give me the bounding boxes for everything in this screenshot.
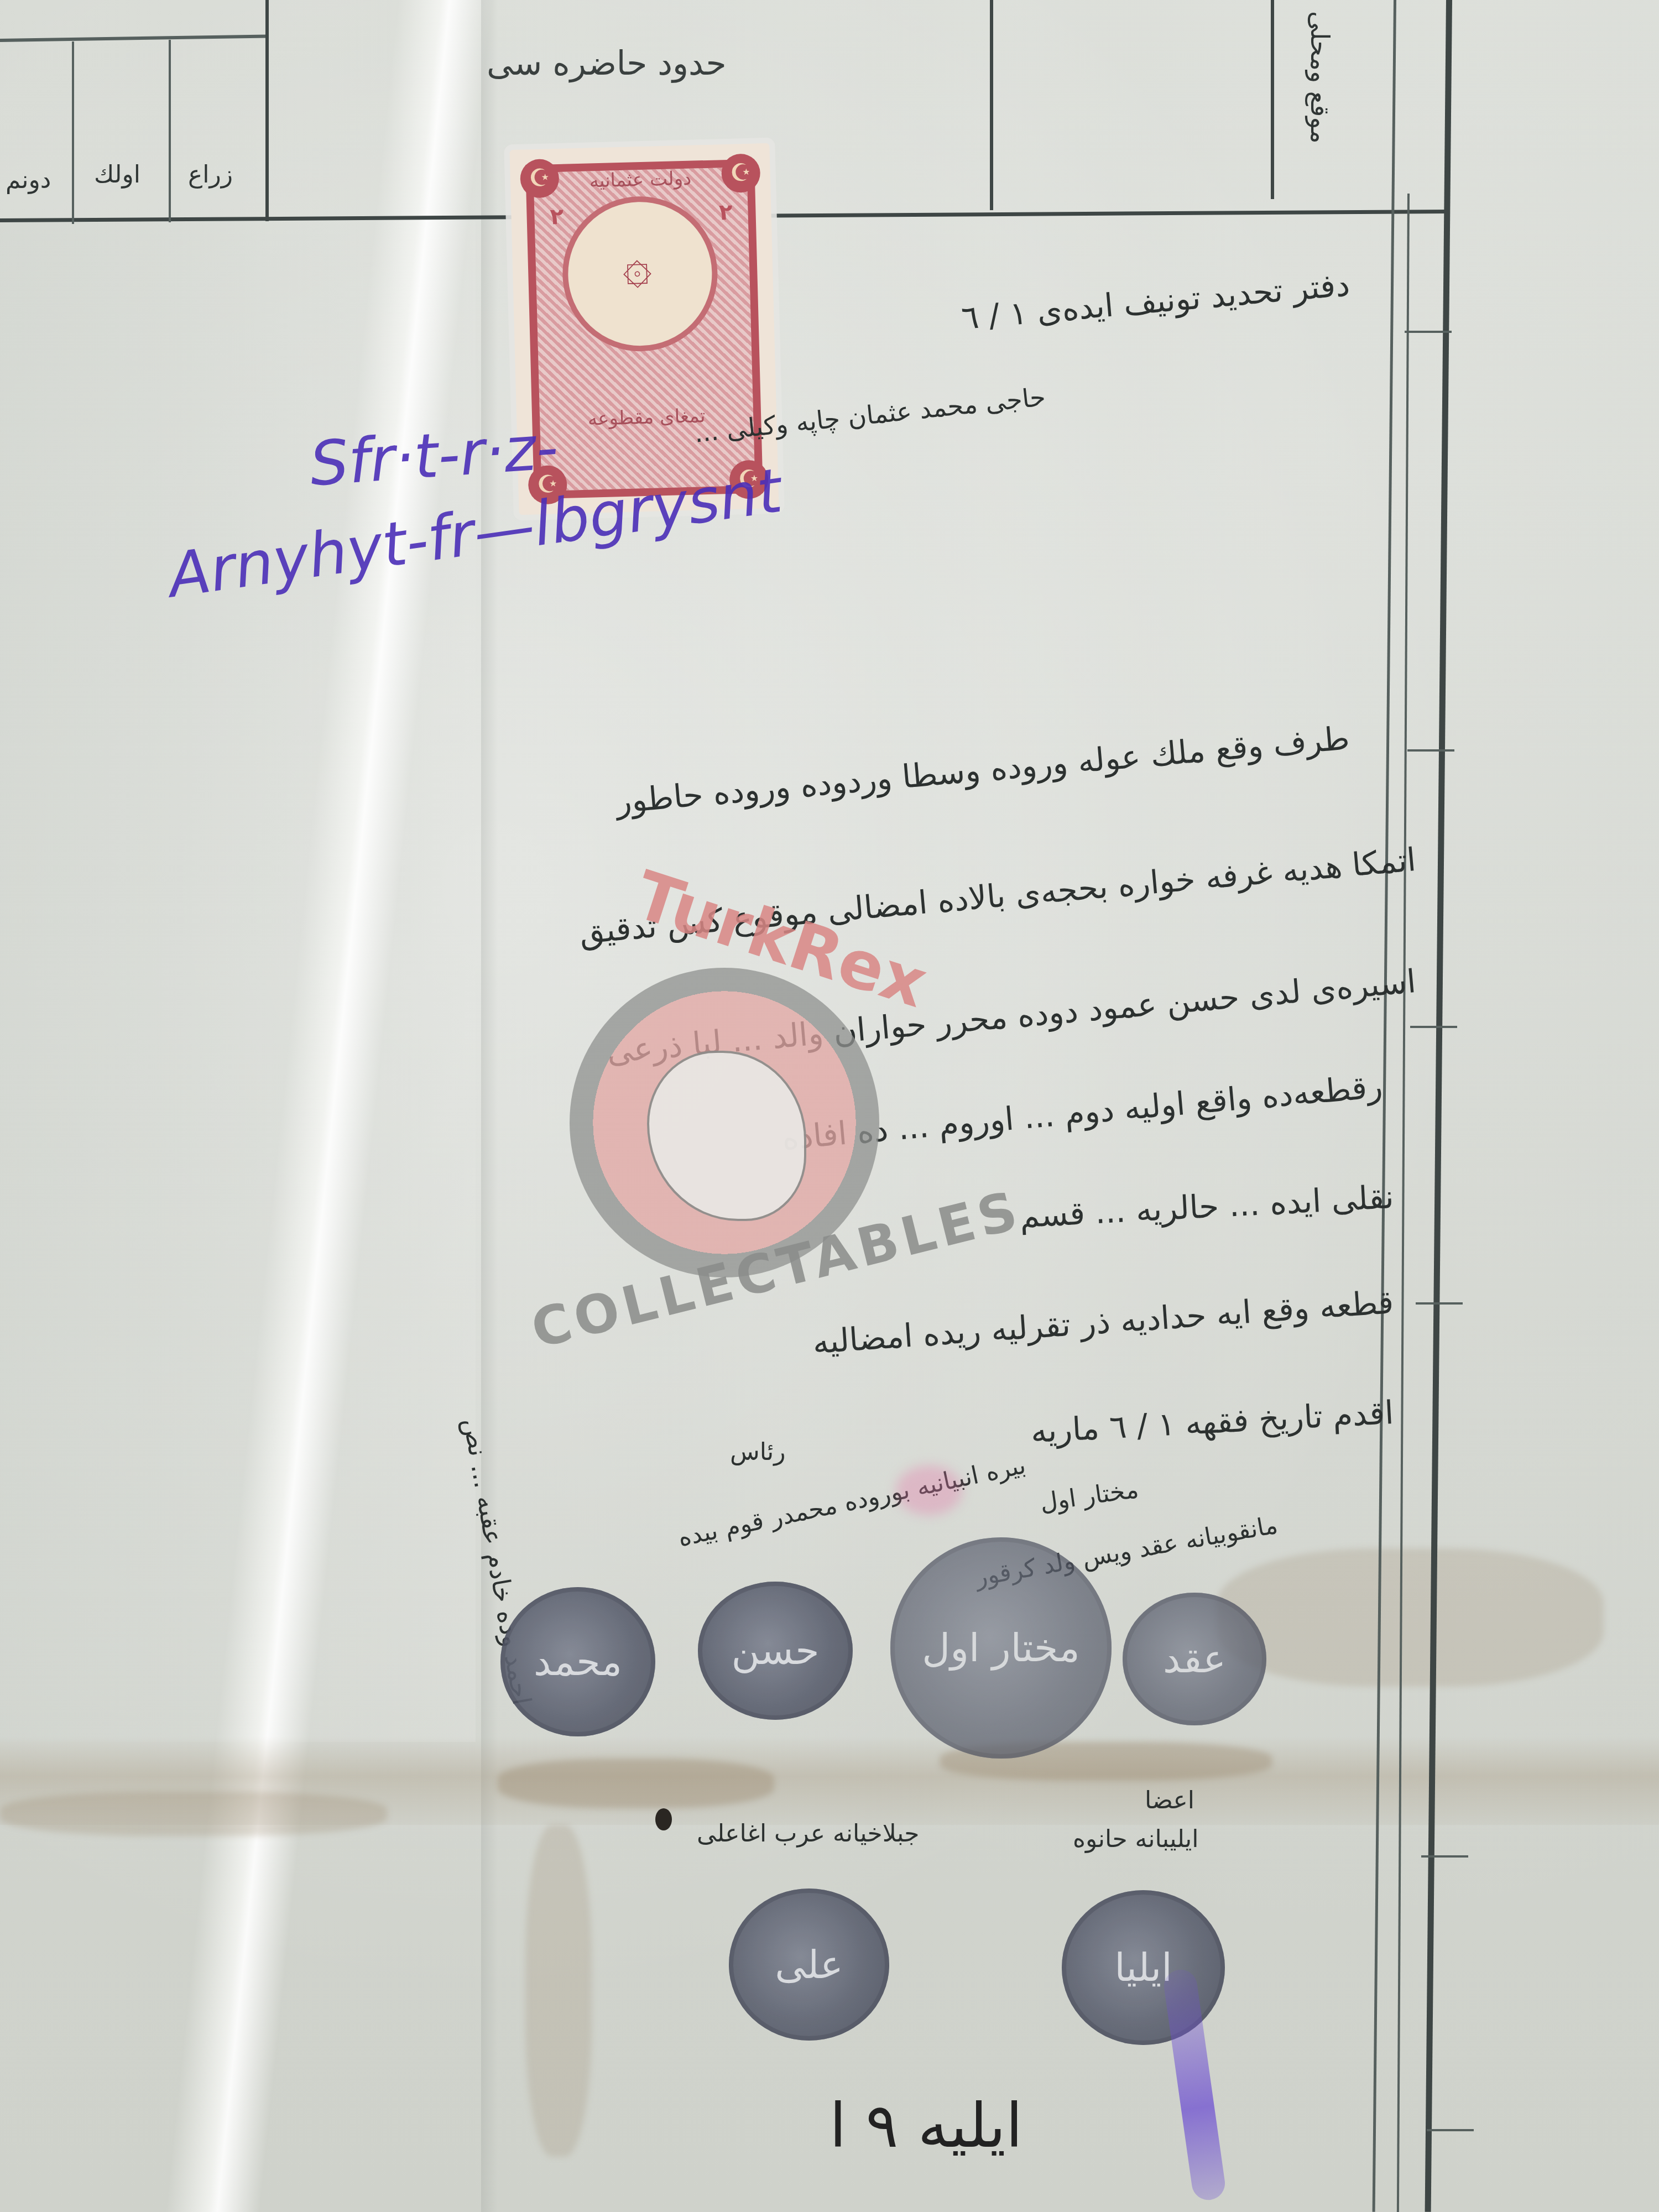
stamp-value: ٢ (719, 200, 733, 226)
tughra-icon: ۞ (594, 223, 680, 308)
water-stain (525, 1825, 592, 2157)
seal-impression: محمد (500, 1587, 655, 1736)
column-rule (169, 40, 171, 222)
witness-label: رئاس (730, 1438, 786, 1466)
seal-impression: علی (729, 1888, 889, 2041)
witness-label: اعضا (1145, 1786, 1194, 1814)
water-stain (498, 1759, 774, 1808)
witness-label: جبلاخیانه عرب اغاعلی (697, 1819, 920, 1848)
stamp-value: ٢ (550, 204, 564, 230)
column-header-evlek: اولك (94, 160, 140, 189)
footer-mark: ایلیه ٩ ا (830, 2090, 1022, 2161)
seal-impression: عقد (1123, 1593, 1266, 1725)
witness-label: ایلیبانه حانوه (1073, 1825, 1198, 1853)
margin-tick (1407, 749, 1454, 752)
column-rule (265, 0, 269, 221)
turkrex-watermark: TurkRex COLLECTABLES (525, 885, 924, 1338)
right-margin-rule (1373, 0, 1396, 2212)
column-header-donum: دونم (6, 166, 51, 194)
column-rule (72, 41, 74, 224)
column-rule (990, 0, 993, 210)
margin-tick (1410, 1026, 1457, 1028)
seal-inscription: مختار اول (890, 1537, 1112, 1759)
header-inner-rule (0, 34, 268, 42)
margin-tick (1421, 1855, 1468, 1858)
seal-inscription: محمد (500, 1587, 655, 1736)
pink-smudge (896, 1465, 962, 1515)
margin-tick (1405, 331, 1452, 333)
location-column-header: موقع ومحلی (1305, 11, 1335, 144)
margin-tick (1416, 1302, 1463, 1305)
seal-impression: حسن (698, 1582, 853, 1720)
seal-inscription: علی (729, 1888, 889, 2041)
column-header-zira: زراع (188, 160, 233, 189)
water-stain (1217, 1548, 1604, 1687)
inner-right-rule (1397, 194, 1410, 2212)
witness-label: مختار اول (1038, 1475, 1140, 1517)
seal-impression: مختار اول (890, 1537, 1112, 1759)
document-photo: حدود حاضره سی زراع اولك دونم موقع ومحلی … (0, 0, 1659, 2212)
paper-hole (655, 1808, 672, 1830)
margin-tick (1427, 2129, 1474, 2131)
seal-inscription: عقد (1123, 1593, 1266, 1725)
handwritten-date-line: اقدم تاریخ فقهه ١ / ٦ ماریه (1030, 1394, 1395, 1450)
handwritten-body-line: نقلی ایده ... حالریه ... قسم (1019, 1178, 1395, 1235)
column-rule (1271, 0, 1274, 199)
handwritten-top-line: دفتر تحدید تونيف ایده‌ی ١ / ٦ (959, 265, 1351, 337)
vertical-fold-shadow (481, 0, 498, 2212)
seal-inscription: حسن (698, 1582, 853, 1720)
water-stain (0, 1792, 387, 1836)
handwritten-body-line: طرف وقع ملك عوله وروده وسطا وردوده وروده… (614, 719, 1351, 821)
boundaries-heading: حدود حاضره سی (487, 44, 727, 83)
